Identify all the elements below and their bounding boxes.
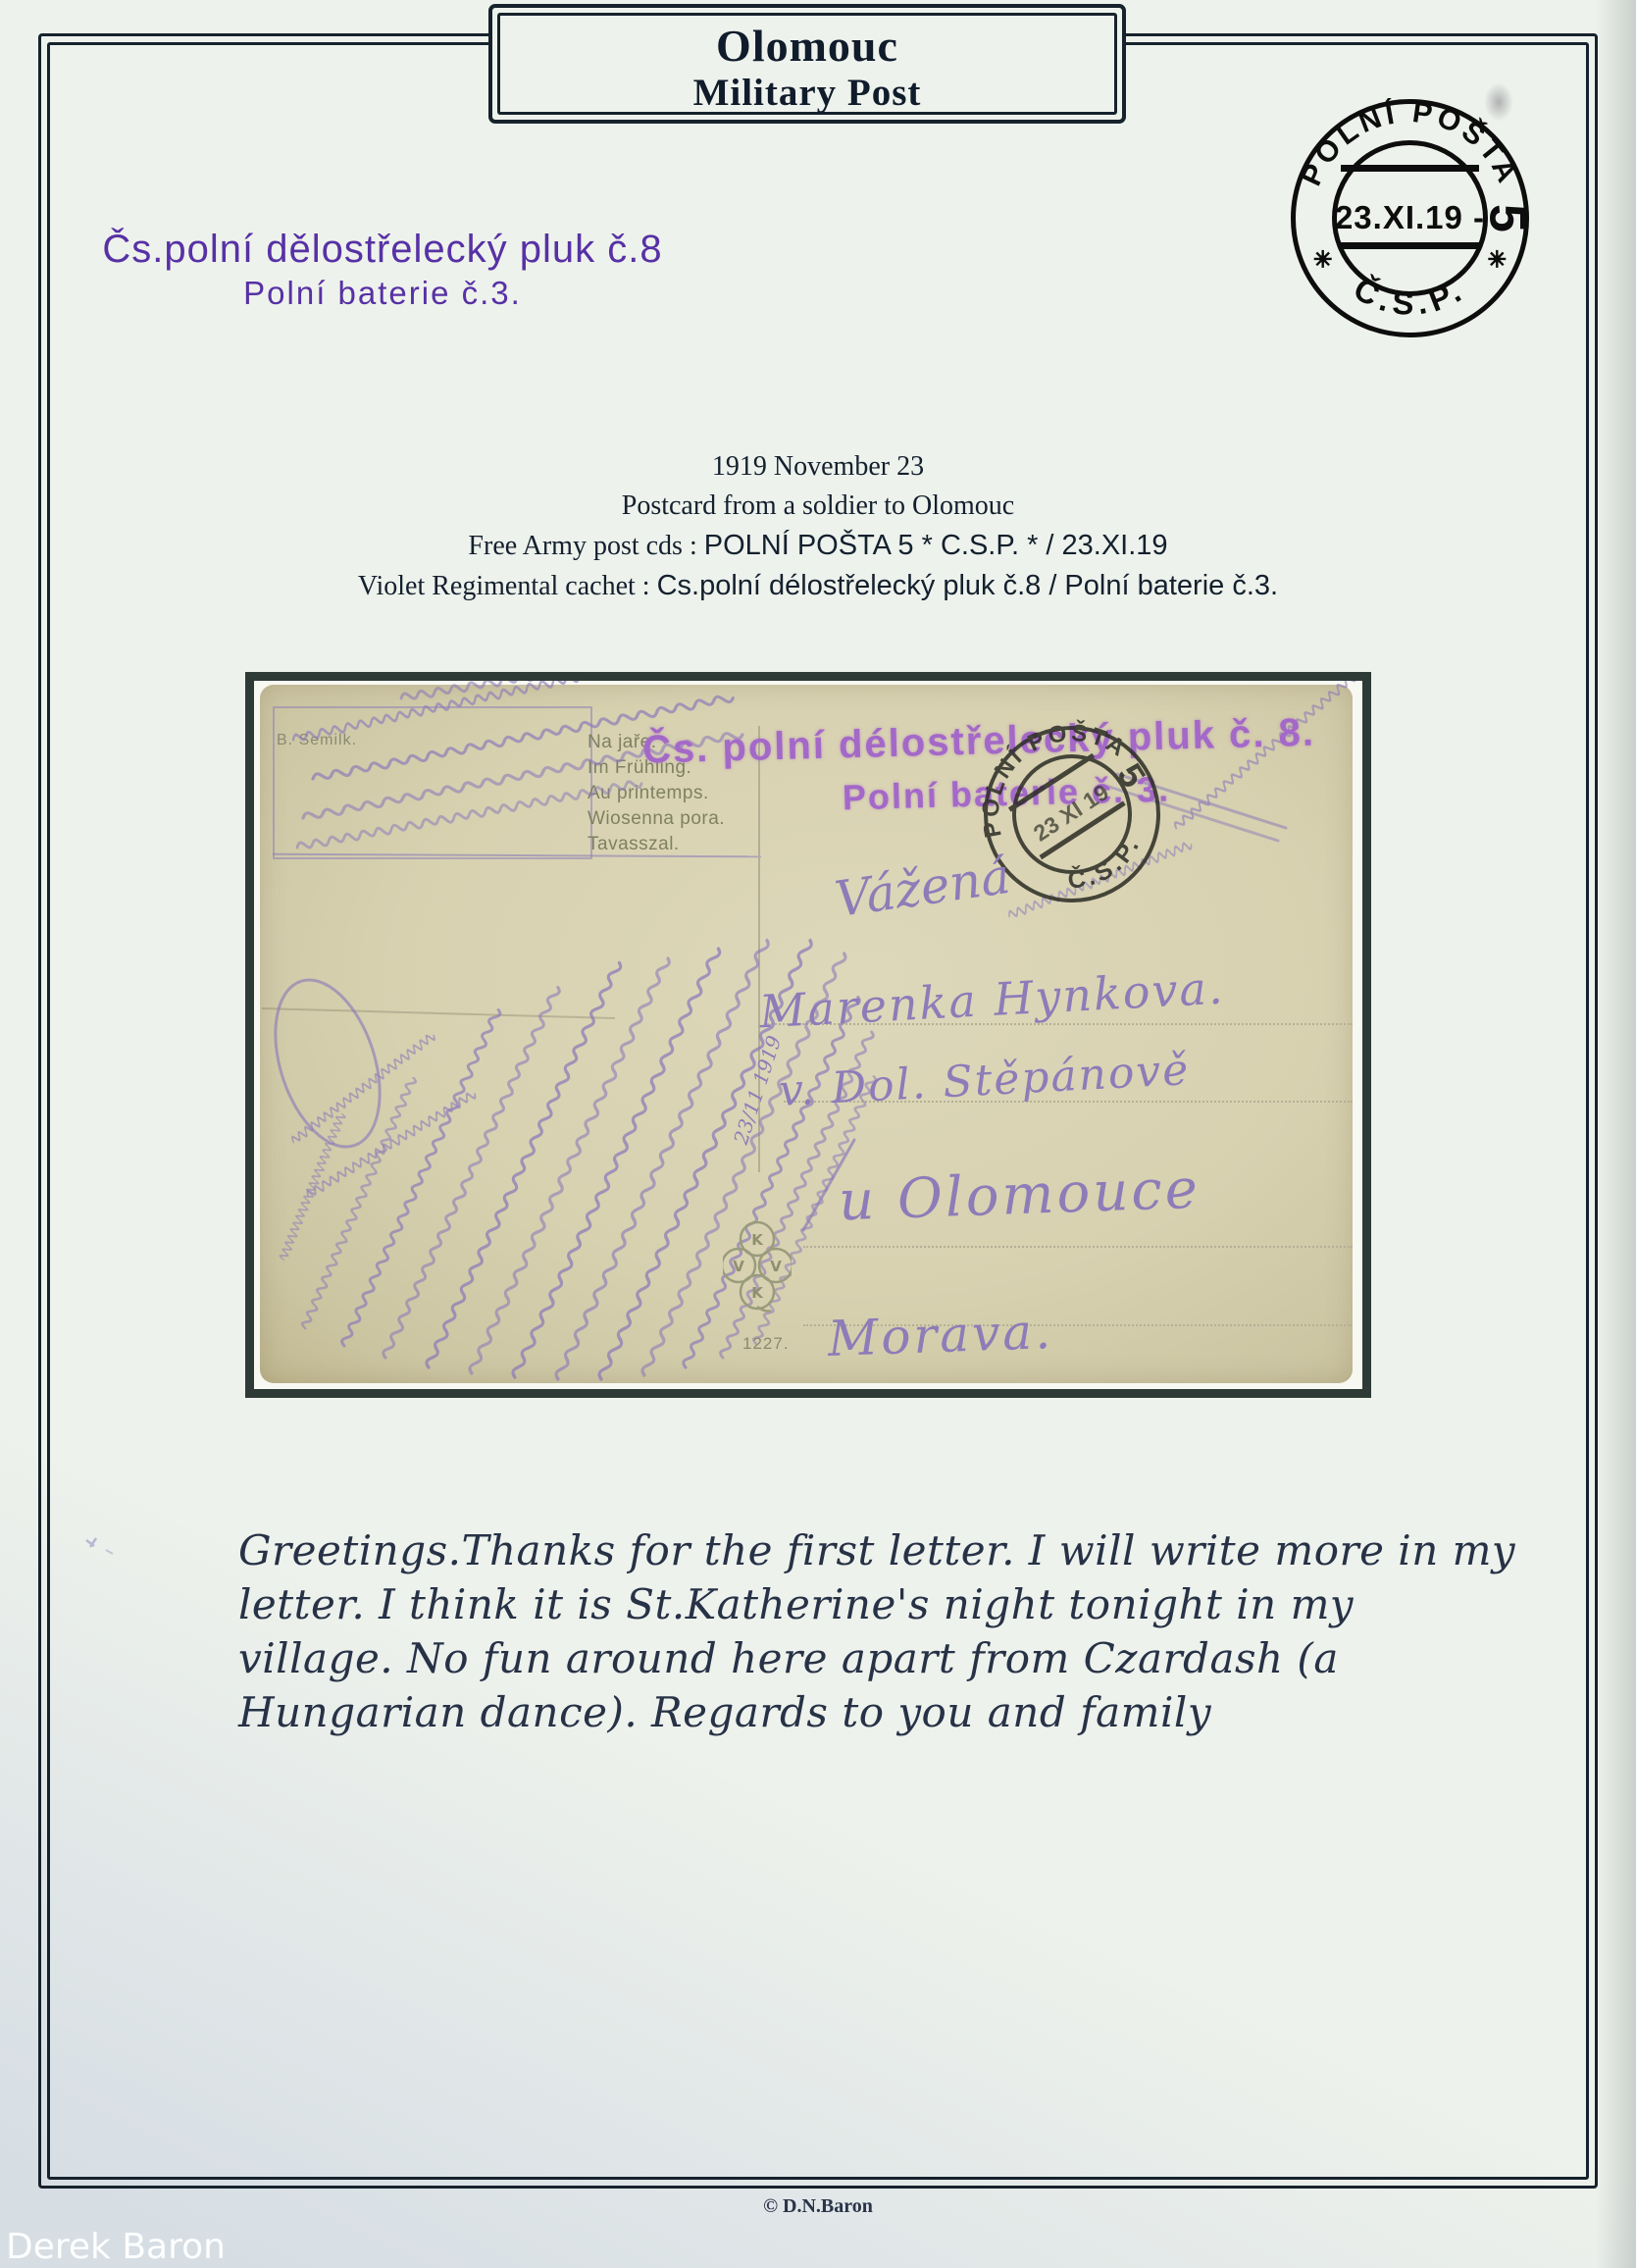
cachet-value: Cs.polní délostřelecký pluk č.8 / Polní … [657, 570, 1278, 601]
postmark-bar-top [1341, 165, 1479, 172]
svg-text:K: K [751, 1231, 764, 1249]
cds-value: POLNÍ POŠTA 5 * C.S.P. * / 23.XI.19 [704, 530, 1168, 561]
postmark-bar-bottom [1341, 242, 1479, 249]
postmark-star-left-icon [1314, 250, 1332, 268]
title-box-border: Olomouc Military Post [497, 13, 1117, 115]
translation-block: Greetings.Thanks for the first letter. I… [238, 1523, 1435, 1739]
svg-text:K: K [751, 1284, 764, 1302]
regimental-cachet-heading: Čs.polní dělostřelecký pluk č.8 Polní ba… [64, 226, 701, 314]
description-date: 1919 November 23 [0, 447, 1636, 487]
cds-label: Free Army post cds : [468, 531, 703, 561]
pencil-note-box [273, 706, 592, 859]
description-cds-row: Free Army post cds : POLNÍ POŠTA 5 * C.S… [0, 526, 1636, 566]
address-region: Morava. [827, 1303, 1054, 1367]
svg-text:V: V [733, 1258, 744, 1275]
caption-fr: Au printemps. [588, 781, 725, 806]
page-title: Olomouc [500, 21, 1114, 72]
description-cachet-row: Violet Regimental cachet : Cs.polní délo… [0, 566, 1636, 606]
cachet-heading-line2: Polní baterie č.3. [64, 273, 701, 314]
copyright: © D.N.Baron [0, 2195, 1636, 2218]
watermark: Derek Baron [6, 2227, 226, 2267]
caption-hu: Tavasszal. [588, 832, 725, 857]
postmark-bottom-text: Č.S.P. [1348, 269, 1471, 322]
pencil-marks [82, 1532, 122, 1562]
postmark-number: 5 [1479, 204, 1531, 232]
postmark-star-right-icon [1488, 250, 1506, 268]
cachet-label: Violet Regimental cachet : [358, 571, 657, 601]
translation-line-3: village. No fun around here apart from C… [238, 1631, 1435, 1685]
title-box: Olomouc Military Post [488, 4, 1126, 124]
clover-logo-icon: K V V K [723, 1218, 792, 1316]
card-number: 1227. [742, 1334, 790, 1354]
exhibit-page: { "page": { "background_color": "#eef2ec… [0, 0, 1636, 2268]
page-subtitle: Military Post [500, 72, 1114, 115]
description-subject: Postcard from a soldier to Olomouc [0, 487, 1636, 526]
postcard-image: B. Semilk. Na jaře. Im Frühling. Au prin… [245, 672, 1371, 1398]
description-block: 1919 November 23 Postcard from a soldier… [0, 447, 1636, 606]
address-town: u Olomouce [838, 1158, 1201, 1234]
svg-text:V: V [770, 1258, 782, 1275]
address-rule-3 [803, 1246, 1353, 1248]
translation-line-4: Hungarian dance). Regards to you and fam… [238, 1685, 1435, 1739]
translation-line-1: Greetings.Thanks for the first letter. I… [238, 1523, 1435, 1577]
translation-line-2: letter. I think it is St.Katherine's nig… [238, 1577, 1435, 1631]
cachet-heading-line1: Čs.polní dělostřelecký pluk č.8 [64, 226, 701, 273]
caption-pl: Wiosenna pora. [588, 806, 725, 832]
army-postmark: POLNÍ POŠTA Č.S.P. 5 23.XI.19 - [1290, 98, 1530, 338]
postmark-date: 23.XI.19 - [1335, 199, 1485, 235]
